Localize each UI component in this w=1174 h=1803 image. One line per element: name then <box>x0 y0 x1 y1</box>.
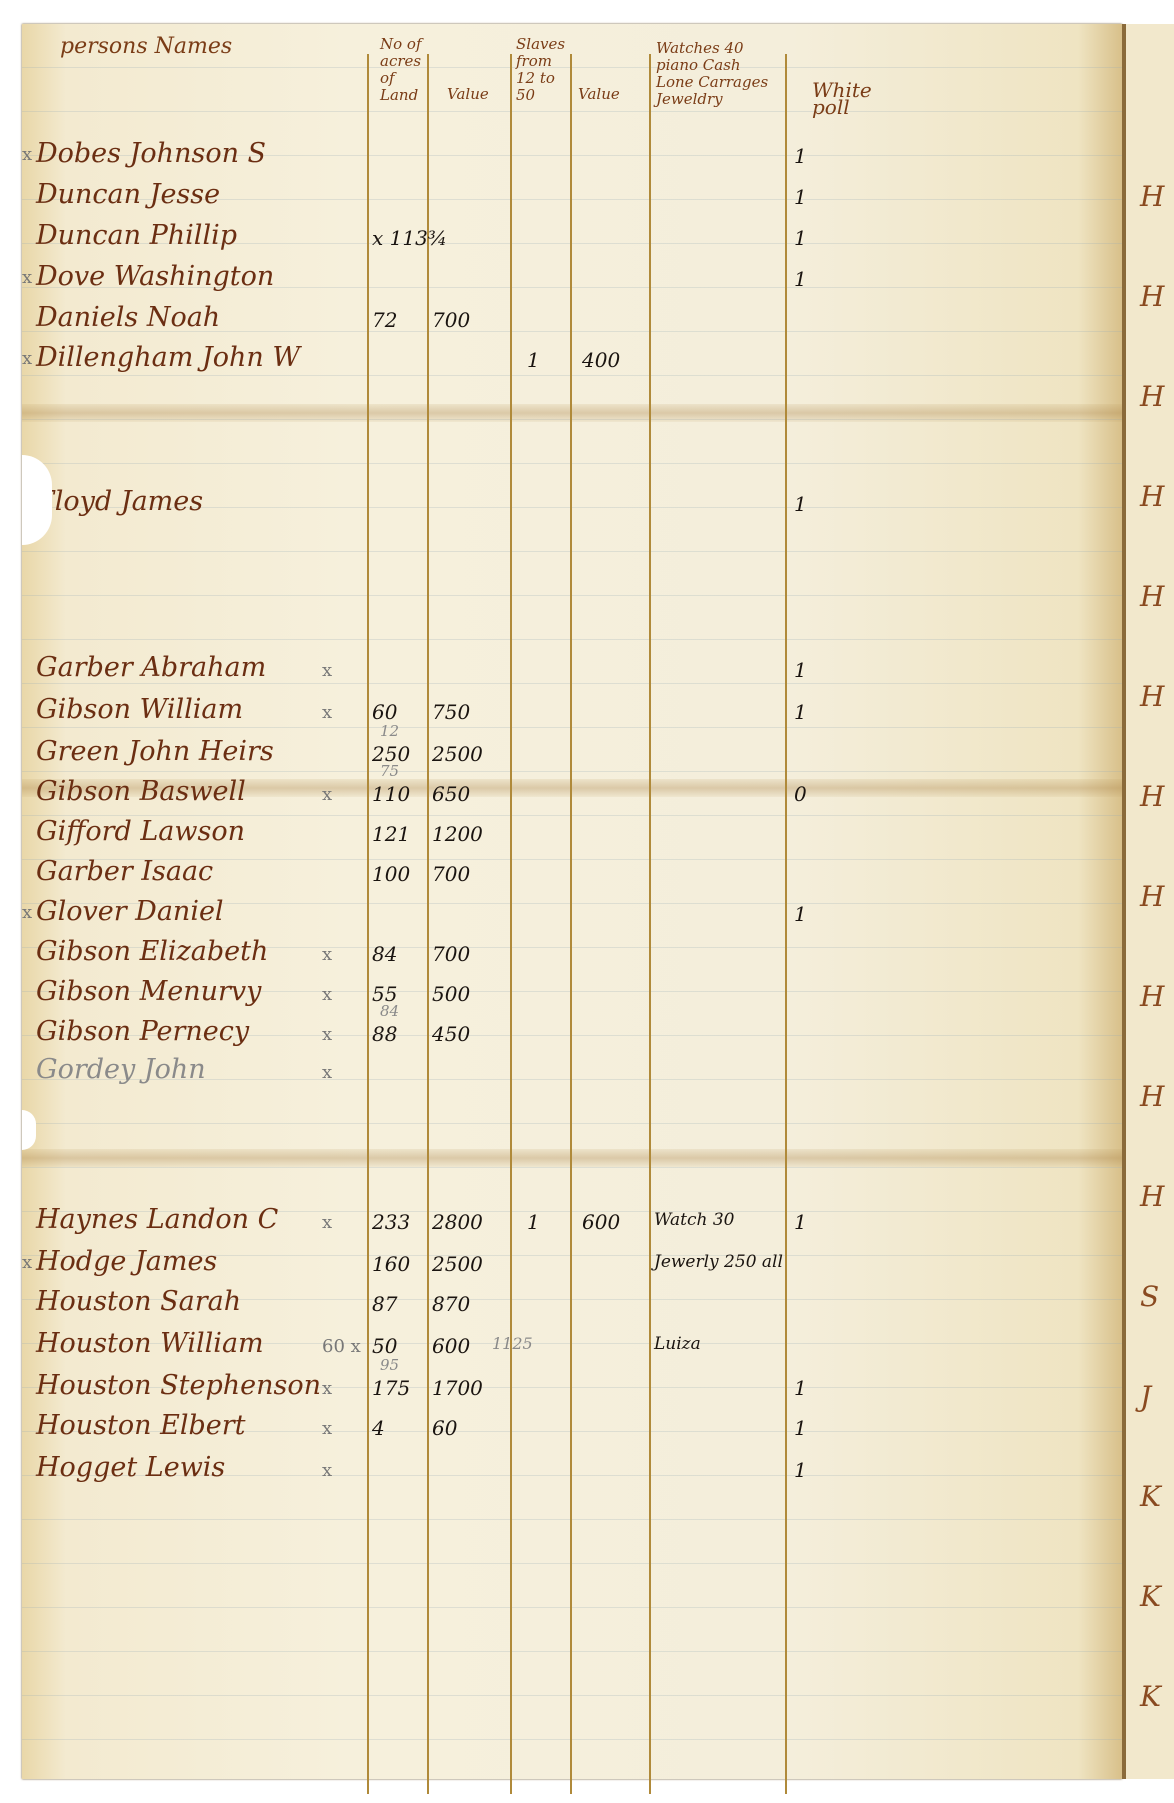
land-value: 700 <box>432 308 470 332</box>
acres-value: 84 <box>372 942 397 966</box>
person-name: Haynes Landon C <box>36 1204 278 1235</box>
person-name: Glover Daniel <box>36 896 224 927</box>
watches-entry: Luiza <box>654 1334 701 1354</box>
adjacent-page-letter: K <box>1140 1480 1161 1513</box>
land-value: 650 <box>432 782 470 806</box>
ledger-row: Floyd James1 <box>22 486 1122 526</box>
slave-count: 1 <box>527 1210 540 1234</box>
adjacent-page-letter: K <box>1140 1680 1161 1713</box>
row-mark: x <box>22 902 32 923</box>
row-mark: x <box>22 267 32 288</box>
acres-value: 121 <box>372 822 410 846</box>
adjacent-page-letter: H <box>1140 280 1164 313</box>
adjacent-page-letter: S <box>1140 1280 1159 1313</box>
ledger-page: persons Names No of acres of Land Value … <box>22 24 1122 1779</box>
adjacent-page-letter: K <box>1140 1580 1161 1613</box>
acres-value: 233 <box>372 1210 410 1234</box>
person-name: Garber Isaac <box>36 856 213 887</box>
slave-value: 600 <box>582 1210 620 1234</box>
ledger-row: Duncan Phillipx 113¾1 <box>22 220 1122 260</box>
ledger-row: xGlover Daniel1 <box>22 896 1122 936</box>
person-name: Green John Heirs <box>36 736 274 767</box>
row-mark: x <box>322 1418 332 1439</box>
ledger-row: Houston William60 x506001125Luiza <box>22 1328 1122 1368</box>
white-poll: 1 <box>794 1210 807 1234</box>
adjacent-page-letter: H <box>1140 380 1164 413</box>
ledger-row: Houston Sarah87870 <box>22 1286 1122 1326</box>
adjacent-page-letter: H <box>1140 1180 1164 1213</box>
adjacent-page-letter: H <box>1140 880 1164 913</box>
header-watches: Watches 40 piano Cash Lone Carrages Jewe… <box>656 40 782 108</box>
land-value: 2800 <box>432 1210 483 1234</box>
adjacent-page-letter: H <box>1140 1080 1164 1113</box>
ledger-row: Gifford Lawson1211200 <box>22 816 1122 856</box>
white-poll: 1 <box>794 267 807 291</box>
acres-value: 72 <box>372 308 397 332</box>
slave-count: 1 <box>527 348 540 372</box>
person-name: Duncan Phillip <box>36 220 237 251</box>
paper-fold <box>22 1149 1122 1167</box>
ledger-row: Daniels Noah72700 <box>22 302 1122 342</box>
row-mark: x <box>322 944 332 965</box>
ledger-row: Houston Stephensonx1759517001 <box>22 1370 1122 1410</box>
row-mark: x <box>22 1252 32 1273</box>
white-poll: 1 <box>794 1458 807 1482</box>
person-name: Daniels Noah <box>36 302 220 333</box>
ledger-row: Garber Isaac100700 <box>22 856 1122 896</box>
white-poll: 1 <box>794 700 807 724</box>
row-mark: x <box>322 702 332 723</box>
header-names: persons Names <box>60 38 232 55</box>
ledger-row: Gibson Baswellx110756500 <box>22 776 1122 816</box>
land-value: 870 <box>432 1292 470 1316</box>
land-value: 700 <box>432 942 470 966</box>
value-note: 1125 <box>492 1334 533 1353</box>
row-mark: x <box>322 1024 332 1045</box>
ledger-row: xDobes Johnson S1 <box>22 138 1122 178</box>
white-poll: 1 <box>794 185 807 209</box>
land-value: 1200 <box>432 822 483 846</box>
acres-value: 60 <box>372 700 397 724</box>
person-name: Houston Sarah <box>36 1286 241 1317</box>
person-name: Houston Stephenson <box>36 1370 321 1401</box>
ledger-row: Gibson Elizabethx84700 <box>22 936 1122 976</box>
person-name: Duncan Jesse <box>36 179 220 210</box>
header-slaves: Slaves from 12 to 50 <box>516 36 568 104</box>
ledger-row: xDillengham John W1400 <box>22 342 1122 382</box>
acres-value: 4 <box>372 1416 385 1440</box>
adjacent-page-letter: H <box>1140 480 1164 513</box>
land-value: 2500 <box>432 742 483 766</box>
land-value: 600 <box>432 1334 470 1358</box>
row-mark: x <box>322 784 332 805</box>
land-value: 60 <box>432 1416 457 1440</box>
row-mark: x <box>322 1062 332 1083</box>
adjacent-page-letter: J <box>1140 1380 1151 1413</box>
acres-value: 160 <box>372 1252 410 1276</box>
person-name: Hodge James <box>36 1246 217 1277</box>
acres-value: 50 <box>372 1334 397 1358</box>
acres-note: 12 <box>380 722 399 740</box>
acres-note: 84 <box>380 1002 399 1020</box>
adjacent-page-letter: H <box>1140 580 1164 613</box>
land-value: 750 <box>432 700 470 724</box>
slave-value: 400 <box>582 348 620 372</box>
white-poll: 1 <box>794 492 807 516</box>
person-name: Dove Washington <box>36 261 274 292</box>
acres-value: 87 <box>372 1292 397 1316</box>
ledger-row: xHodge James1602500Jewerly 250 all <box>22 1246 1122 1286</box>
ledger-row: Houston Elbertx4601 <box>22 1410 1122 1450</box>
land-value: 2500 <box>432 1252 483 1276</box>
acres-value: x 113¾ <box>372 226 447 250</box>
row-mark: x <box>322 660 332 681</box>
acres-note: 95 <box>380 1356 399 1374</box>
paper-fold <box>22 404 1122 422</box>
row-mark: x <box>322 984 332 1005</box>
person-name: Dillengham John W <box>36 342 300 373</box>
header-slave-value: Value <box>578 86 620 103</box>
acres-value: 110 <box>372 782 410 806</box>
white-poll: 0 <box>794 782 807 806</box>
watches-entry: Watch 30 <box>654 1210 734 1230</box>
person-name: Gibson Pernecy <box>36 1016 249 1047</box>
ledger-row: Hogget Lewisx1 <box>22 1452 1122 1492</box>
acres-value: 175 <box>372 1376 410 1400</box>
acres-note: 75 <box>380 762 399 780</box>
person-name: Gibson Menurvy <box>36 976 261 1007</box>
ledger-row: Haynes Landon Cx23328001600Watch 301 <box>22 1204 1122 1244</box>
ledger-row: xDove Washington1 <box>22 261 1122 301</box>
land-value: 500 <box>432 982 470 1006</box>
land-value: 700 <box>432 862 470 886</box>
person-name: Gifford Lawson <box>36 816 245 847</box>
adjacent-page-letter: H <box>1140 780 1164 813</box>
white-poll: 1 <box>794 1416 807 1440</box>
white-poll: 1 <box>794 1376 807 1400</box>
acres-value: 88 <box>372 1022 397 1046</box>
land-value: 1700 <box>432 1376 483 1400</box>
person-name: Houston Elbert <box>36 1410 246 1441</box>
ledger-row: Garber Abrahamx1 <box>22 652 1122 692</box>
row-mark: x <box>322 1212 332 1233</box>
header-white-poll: White poll <box>812 82 892 116</box>
person-name: Dobes Johnson S <box>36 138 266 169</box>
person-name: Hogget Lewis <box>36 1452 225 1483</box>
adjacent-page-letter: H <box>1140 980 1164 1013</box>
row-mark: x <box>22 144 32 165</box>
person-name: Floyd James <box>36 486 203 517</box>
row-mark: x <box>322 1460 332 1481</box>
person-name: Gibson Baswell <box>36 776 246 807</box>
white-poll: 1 <box>794 144 807 168</box>
row-mark: x <box>322 1378 332 1399</box>
header-acres: No of acres of Land <box>380 36 424 104</box>
person-name: Gibson Elizabeth <box>36 936 268 967</box>
person-name: Gibson William <box>36 694 243 725</box>
ledger-row: Gibson Williamx607501 <box>22 694 1122 734</box>
person-name: Houston William <box>36 1328 264 1359</box>
ledger-row: Gibson Menurvyx55500 <box>22 976 1122 1016</box>
white-poll: 1 <box>794 226 807 250</box>
ledger-row: Gibson Pernecyx8884450 <box>22 1016 1122 1056</box>
white-poll: 1 <box>794 902 807 926</box>
person-name: Garber Abraham <box>36 652 266 683</box>
ledger-row: Duncan Jesse1 <box>22 179 1122 219</box>
adjacent-page-letter: H <box>1140 180 1164 213</box>
watches-entry: Jewerly 250 all <box>654 1252 783 1272</box>
row-mark: 60 x <box>322 1336 361 1357</box>
person-name: Gordey John <box>36 1054 206 1085</box>
row-mark: x <box>22 348 32 369</box>
land-value: 450 <box>432 1022 470 1046</box>
acres-value: 100 <box>372 862 410 886</box>
header-land-value: Value <box>447 86 489 103</box>
ledger-row: Gordey Johnx <box>22 1054 1122 1094</box>
ledger-row: Green John Heirs250122500 <box>22 736 1122 776</box>
adjacent-page-letter: H <box>1140 680 1164 713</box>
white-poll: 1 <box>794 658 807 682</box>
